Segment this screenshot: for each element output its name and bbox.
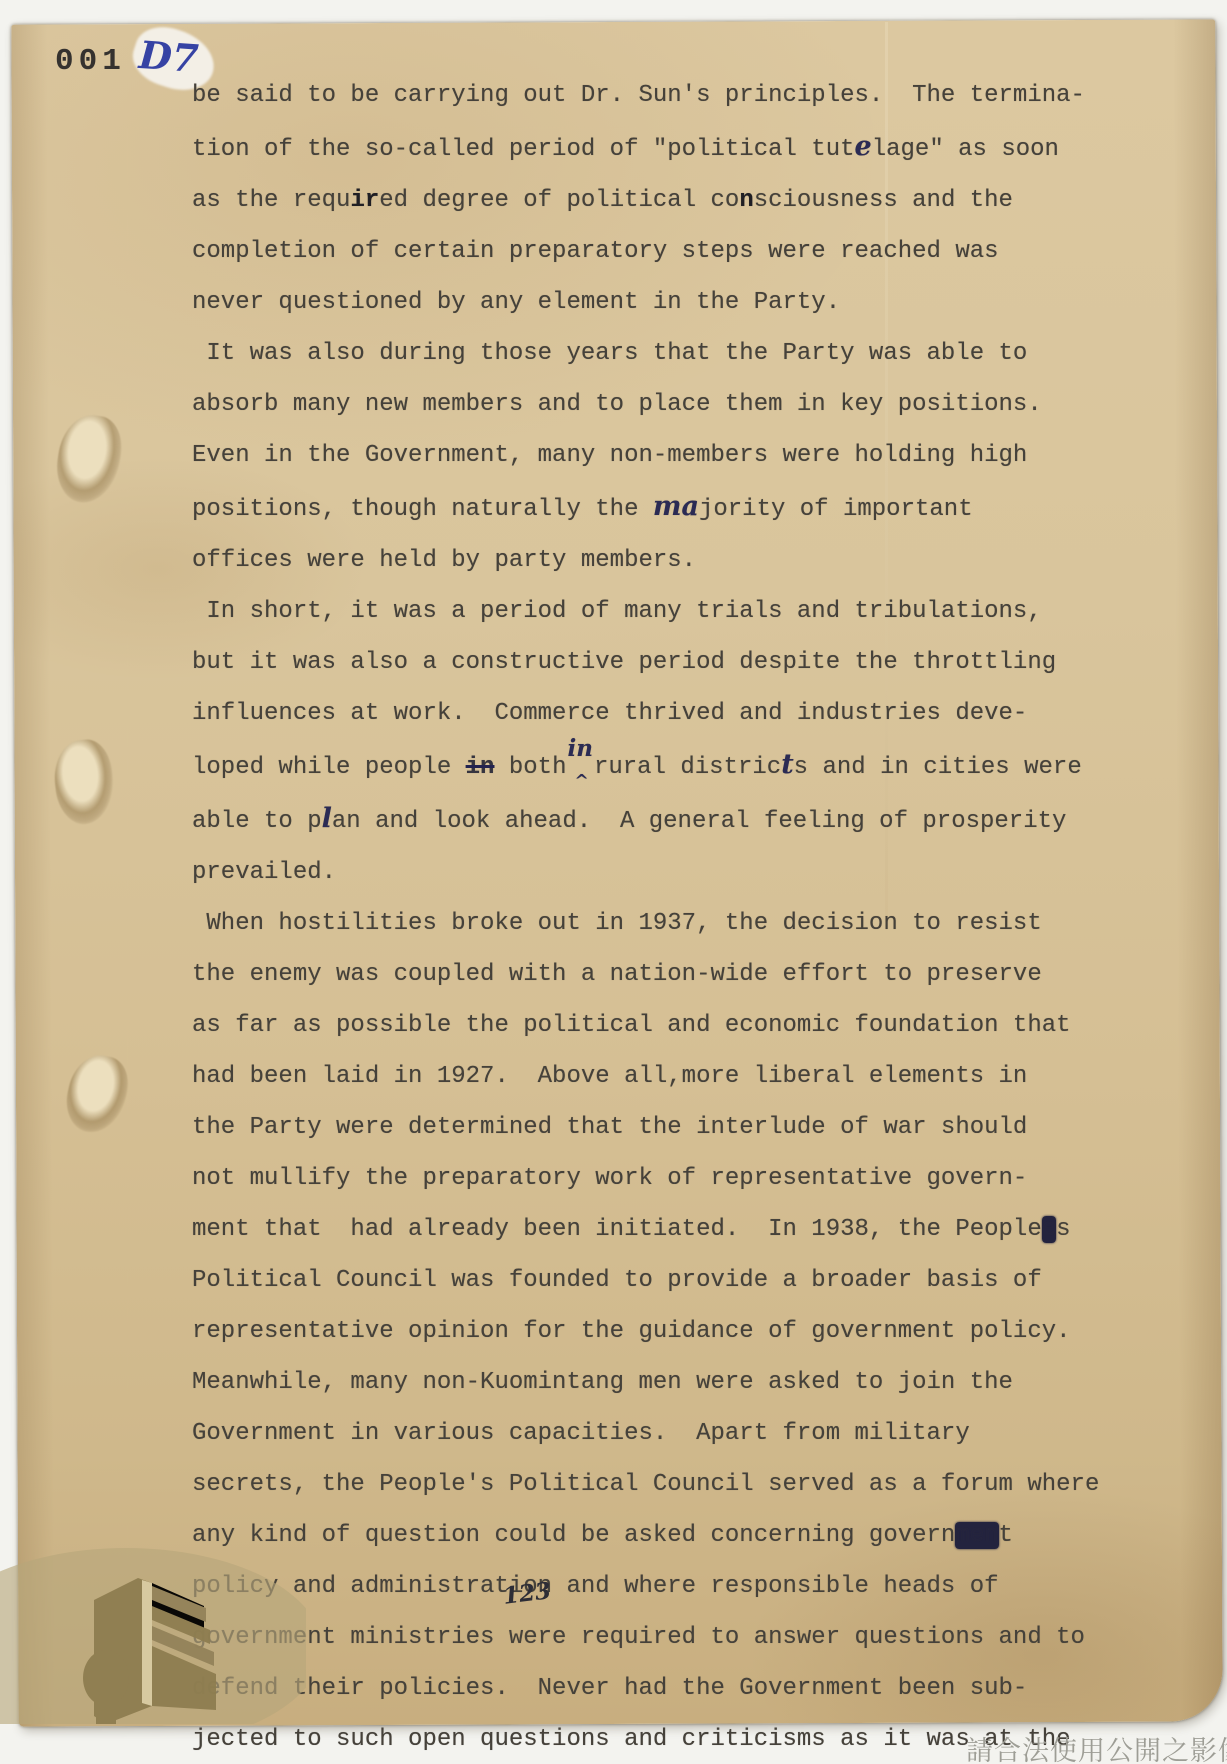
typed-text: secrets, the People's Political Council … (192, 1471, 1099, 1498)
text-line: representative opinion for the guidance … (192, 1306, 1132, 1357)
typed-text: offices were held by party members. (192, 547, 696, 574)
typed-text: Even in the Government, many non-members… (192, 442, 1027, 469)
typed-text: had been laid in 1927. Above all,more li… (192, 1063, 1027, 1090)
typed-text: absorb many new members and to place the… (192, 391, 1042, 418)
text-line: Meanwhile, many non-Kuomintang men were … (192, 1357, 1132, 1408)
text-line: completion of certain preparatory steps … (192, 226, 1132, 277)
text-line: Government in various capacities. Apart … (192, 1408, 1132, 1459)
text-line: policy and administration and where resp… (192, 1561, 1132, 1612)
typed-text: government ministries were required to a… (192, 1624, 1085, 1651)
typed-text: t (999, 1522, 1013, 1549)
text-line: In short, it was a period of many trials… (192, 586, 1132, 637)
typed-text: lage" as soon (872, 136, 1059, 163)
text-line: secrets, the People's Political Council … (192, 1459, 1132, 1510)
text-line: tion of the so-called period of "politic… (192, 121, 1132, 175)
handwritten-correction: e (1042, 1216, 1056, 1243)
typed-text: ment that had already been initiated. In… (192, 1216, 1042, 1243)
typed-text: completion of certain preparatory steps … (192, 238, 999, 265)
typed-text: It was also during those years that the … (192, 340, 1027, 367)
handwritten-correction: e (855, 131, 872, 162)
typed-text: an and look ahead. A general feeling of … (332, 808, 1067, 835)
handwritten-correction: n (739, 187, 753, 214)
typed-text: representative opinion for the guidance … (192, 1318, 1071, 1345)
typed-text: s (1056, 1216, 1070, 1243)
typed-text: When hostilities broke out in 1937, the … (192, 910, 1042, 937)
text-line: government ministries were required to a… (192, 1612, 1132, 1663)
copyright-watermark-text: 請合法使用公開之影像 (966, 1729, 1227, 1764)
institution-logo-watermark (0, 1538, 306, 1724)
text-line: ment that had already been initiated. In… (192, 1204, 1132, 1255)
handwritten-correction: l (322, 803, 332, 834)
typed-text: as the requ (192, 187, 350, 214)
typed-text: ed degree of political co (379, 187, 739, 214)
handwritten-correction: ma (653, 491, 699, 522)
typed-text: policy and administration and where resp… (192, 1573, 999, 1600)
handwritten-correction: men (955, 1522, 998, 1549)
typed-text: jority of important (699, 496, 973, 523)
text-line: as the required degree of political cons… (192, 175, 1132, 226)
typed-text: loped while people (192, 754, 466, 781)
handwritten-correction: in (466, 754, 495, 781)
stamp-handwritten-digits: D7 (138, 32, 200, 81)
typed-text: influences at work. Commerce thrived and… (192, 700, 1027, 727)
typed-text: as far as possible the political and eco… (192, 1012, 1071, 1039)
text-line: but it was also a constructive period de… (192, 637, 1132, 688)
typewritten-text: be said to be carrying out Dr. Sun's pri… (192, 70, 1132, 1764)
text-line: as far as possible the political and eco… (192, 1000, 1132, 1051)
typed-text: In short, it was a period of many trials… (192, 598, 1042, 625)
text-line: able to plan and look ahead. A general f… (192, 793, 1132, 847)
typed-text: tion of the so-called period of "politic… (192, 136, 855, 163)
typed-text: able to p (192, 808, 322, 835)
typed-text: s and in cities were (794, 754, 1082, 781)
typed-text: be said to be carrying out Dr. Sun's pri… (192, 82, 1085, 109)
handwritten-correction: ir (350, 187, 379, 214)
text-line: be said to be carrying out Dr. Sun's pri… (192, 70, 1132, 121)
text-line: the Party were determined that the inter… (192, 1102, 1132, 1153)
text-line: had been laid in 1927. Above all,more li… (192, 1051, 1132, 1102)
typed-text: never questioned by any element in the P… (192, 289, 840, 316)
text-line: Even in the Government, many non-members… (192, 430, 1132, 481)
text-line: prevailed. (192, 847, 1132, 898)
text-line: the enemy was coupled with a nation-wide… (192, 949, 1132, 1000)
typed-text: Government in various capacities. Apart … (192, 1420, 970, 1447)
text-line: influences at work. Commerce thrived and… (192, 688, 1132, 739)
handwritten-correction: t (781, 749, 793, 780)
typed-text: Political Council was founded to provide… (192, 1267, 1042, 1294)
text-line: When hostilities broke out in 1937, the … (192, 898, 1132, 949)
text-line: any kind of question could be asked conc… (192, 1510, 1132, 1561)
text-line: positions, though naturally the majority… (192, 481, 1132, 535)
typed-text: defend their policies. Never had the Gov… (192, 1675, 1027, 1702)
typed-text: sciousness and the (754, 187, 1013, 214)
text-line: It was also during those years that the … (192, 328, 1132, 379)
text-line: not mullify the preparatory work of repr… (192, 1153, 1132, 1204)
typed-text: but it was also a constructive period de… (192, 649, 1056, 676)
typed-text: jected to such open questions and critic… (192, 1726, 1071, 1753)
typed-text: Meanwhile, many non-Kuomintang men were … (192, 1369, 1013, 1396)
text-line: defend their policies. Never had the Gov… (192, 1663, 1132, 1714)
typed-text: not mullify the preparatory work of repr… (192, 1165, 1027, 1192)
handwritten-correction: in (567, 723, 592, 774)
typed-text: prevailed. (192, 859, 336, 886)
text-line: offices were held by party members. (192, 535, 1132, 586)
typed-text: the enemy was coupled with a nation-wide… (192, 961, 1042, 988)
typed-text: any kind of question could be asked conc… (192, 1522, 955, 1549)
typed-text: rural distric (594, 754, 781, 781)
open-book-logo-icon (0, 1538, 306, 1724)
text-line: Political Council was founded to provide… (192, 1255, 1132, 1306)
text-line: absorb many new members and to place the… (192, 379, 1132, 430)
text-line: loped while people in bothinrural distri… (192, 739, 1132, 793)
typed-text: both (494, 754, 566, 781)
typed-text: positions, though naturally the (192, 496, 653, 523)
typed-text: the Party were determined that the inter… (192, 1114, 1027, 1141)
stamp-typed-digits: 001 (55, 44, 126, 79)
text-line: never questioned by any element in the P… (192, 277, 1132, 328)
